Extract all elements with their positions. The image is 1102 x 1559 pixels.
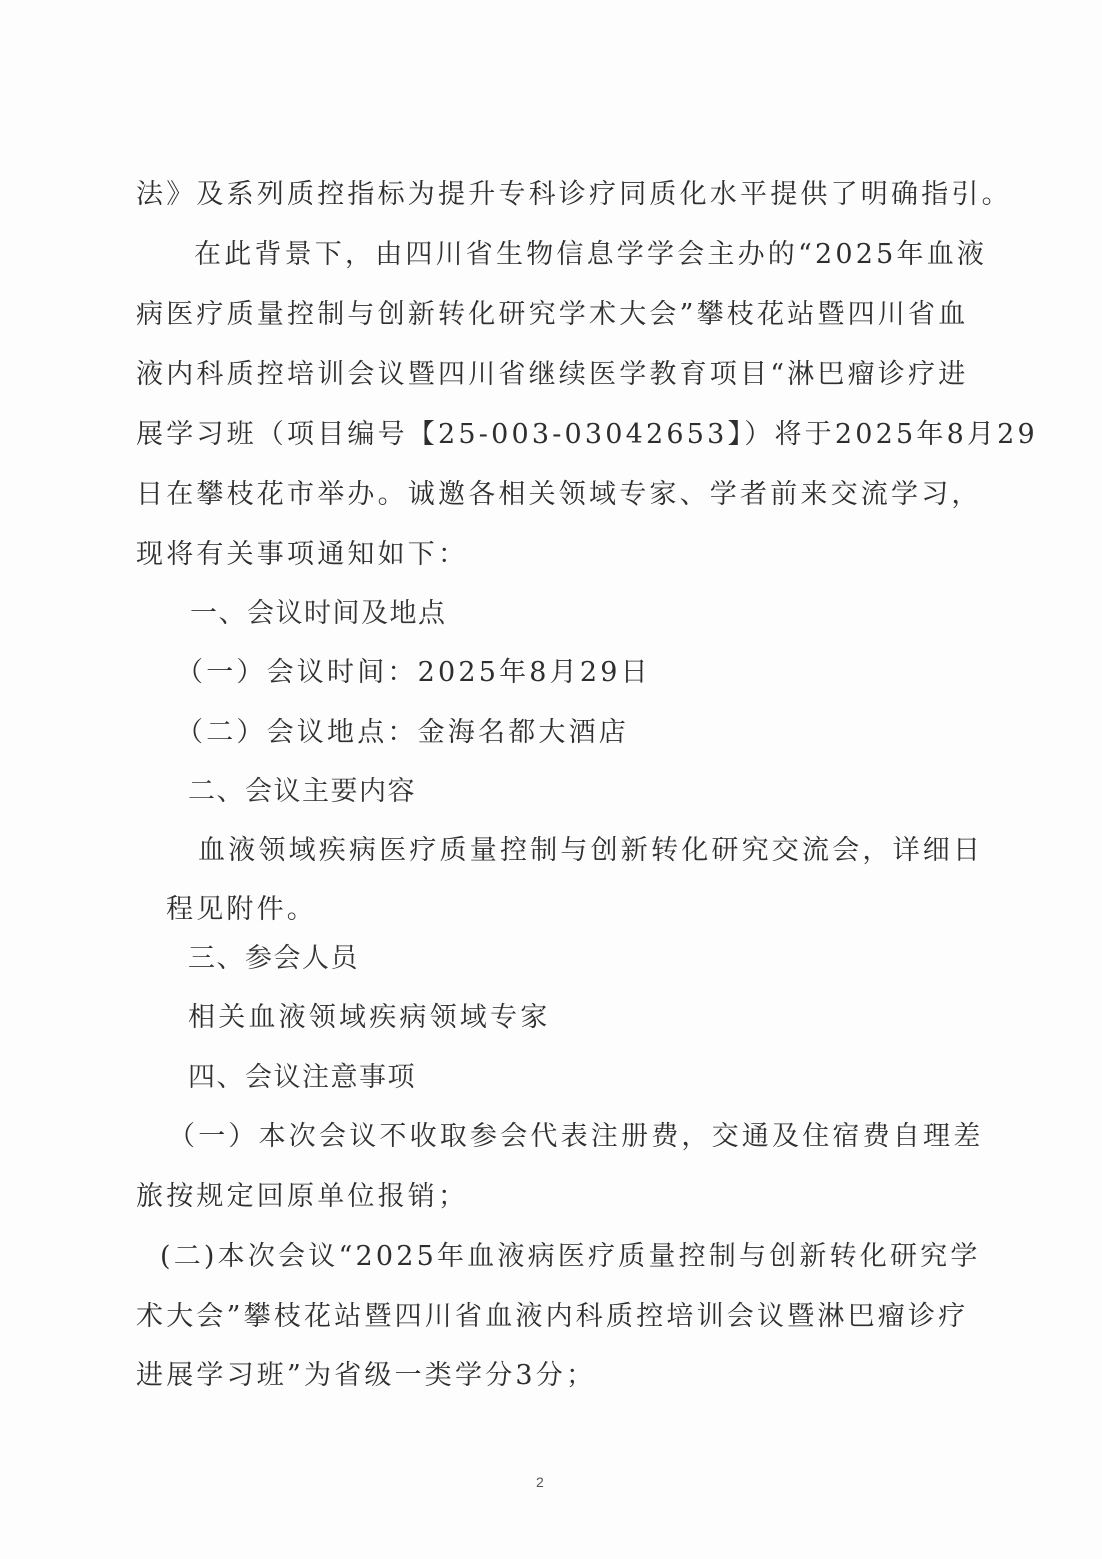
paragraph-line: 术大会”攀枝花站暨四川省血液内科质控培训会议暨淋巴瘤诊疗 <box>136 1300 968 1334</box>
paragraph-line: （一）会议时间：2025年8月29日 <box>176 656 651 690</box>
paragraph-line: （一）本次会议不收取参会代表注册费，交通及住宿费自理差 <box>168 1120 983 1154</box>
paragraph-line: 日在攀枝花市举办。诚邀各相关领域专家、学者前来交流学习， <box>136 478 982 512</box>
paragraph-line: 血液领域疾病医疗质量控制与创新转化研究交流会，详细日 <box>198 834 983 868</box>
page-number: 2 <box>536 1474 544 1490</box>
paragraph-line: 法》及系列质控指标为提升专科诊疗同质化水平提供了明确指引。 <box>136 178 1012 212</box>
document-page: 法》及系列质控指标为提升专科诊疗同质化水平提供了明确指引。在此背景下，由四川省生… <box>0 0 1102 1559</box>
paragraph-line: 在此背景下，由四川省生物信息学学会主办的“2025年血液 <box>194 238 987 272</box>
section-heading: 三、参会人员 <box>188 942 359 976</box>
paragraph-line: 现将有关事项通知如下： <box>136 538 468 572</box>
section-heading: 四、会议注意事项 <box>188 1061 416 1095</box>
paragraph-line: 旅按规定回原单位报销； <box>136 1180 468 1214</box>
paragraph-line: 病医疗质量控制与创新转化研究学术大会”攀枝花站暨四川省血 <box>136 298 968 332</box>
paragraph-line: (二)本次会议“2025年血液病医疗质量控制与创新转化研究学 <box>160 1240 981 1274</box>
paragraph-line: 相关血液领域疾病领域专家 <box>188 1001 550 1035</box>
section-heading: 一、会议时间及地点 <box>190 597 447 631</box>
paragraph-line: （二）会议地点：金海名都大酒店 <box>176 716 629 750</box>
paragraph-line: 进展学习班”为省级一类学分3分； <box>136 1359 596 1393</box>
section-heading: 二、会议主要内容 <box>188 775 416 809</box>
paragraph-line: 展学习班（项目编号【25-003-03042653】）将于2025年8月29 <box>136 418 1038 452</box>
paragraph-line: 程见附件。 <box>166 893 317 927</box>
paragraph-line: 液内科质控培训会议暨四川省继续医学教育项目“淋巴瘤诊疗进 <box>136 358 968 392</box>
